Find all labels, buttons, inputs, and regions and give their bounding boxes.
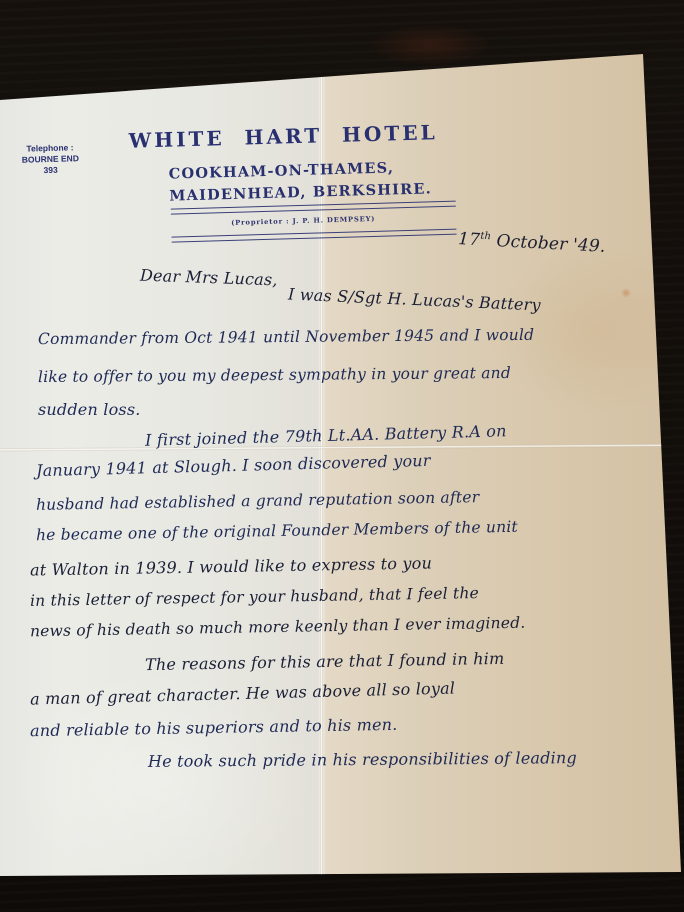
date-day: 17 xyxy=(458,229,481,250)
address-line-2: MAIDENHEAD, BERKSHIRE. xyxy=(169,180,432,204)
letter-line-13: a man of great character. He was above a… xyxy=(30,678,456,708)
proprietor-line: (Proprietor : J. P. H. DEMPSEY) xyxy=(231,215,375,227)
letter-line-4: sudden loss. xyxy=(38,400,141,419)
letter-line-2: Commander from Oct 1941 until November 1… xyxy=(38,326,534,348)
horizontal-fold-crease xyxy=(0,444,684,452)
double-rule-bottom xyxy=(172,229,457,243)
letter-line-14: and reliable to his superiors and to his… xyxy=(30,715,398,740)
letter-line-15: He took such pride in his responsibiliti… xyxy=(148,748,577,771)
letter-line-3: like to offer to you my deepest sympathy… xyxy=(38,364,511,386)
hotel-name: WHITE HART HOTEL xyxy=(129,120,438,153)
letter-line-6: January 1941 at Slough. I soon discovere… xyxy=(36,451,431,480)
letter-line-8: he became one of the original Founder Me… xyxy=(36,518,518,544)
letter-line-12: The reasons for this are that I found in… xyxy=(145,649,505,674)
telephone-block: Telephone : BOURNE END 393 xyxy=(17,142,84,177)
letter-paper: Telephone : BOURNE END 393 WHITE HART HO… xyxy=(0,0,684,912)
letter-line-7: husband had established a grand reputati… xyxy=(36,488,480,514)
telephone-number: 393 xyxy=(17,164,83,177)
letter-line-10: in this letter of respect for your husba… xyxy=(30,584,479,610)
letter-line-9: at Walton in 1939. I would like to expre… xyxy=(30,553,432,579)
address-line-1: COOKHAM-ON-THAMES, xyxy=(169,159,395,182)
letter-line-1: I was S/Sgt H. Lucas's Battery xyxy=(288,284,541,314)
date-suffix: th xyxy=(480,231,491,243)
salutation: Dear Mrs Lucas, xyxy=(140,266,278,290)
letter-line-11: news of his death so much more keenly th… xyxy=(30,614,526,641)
